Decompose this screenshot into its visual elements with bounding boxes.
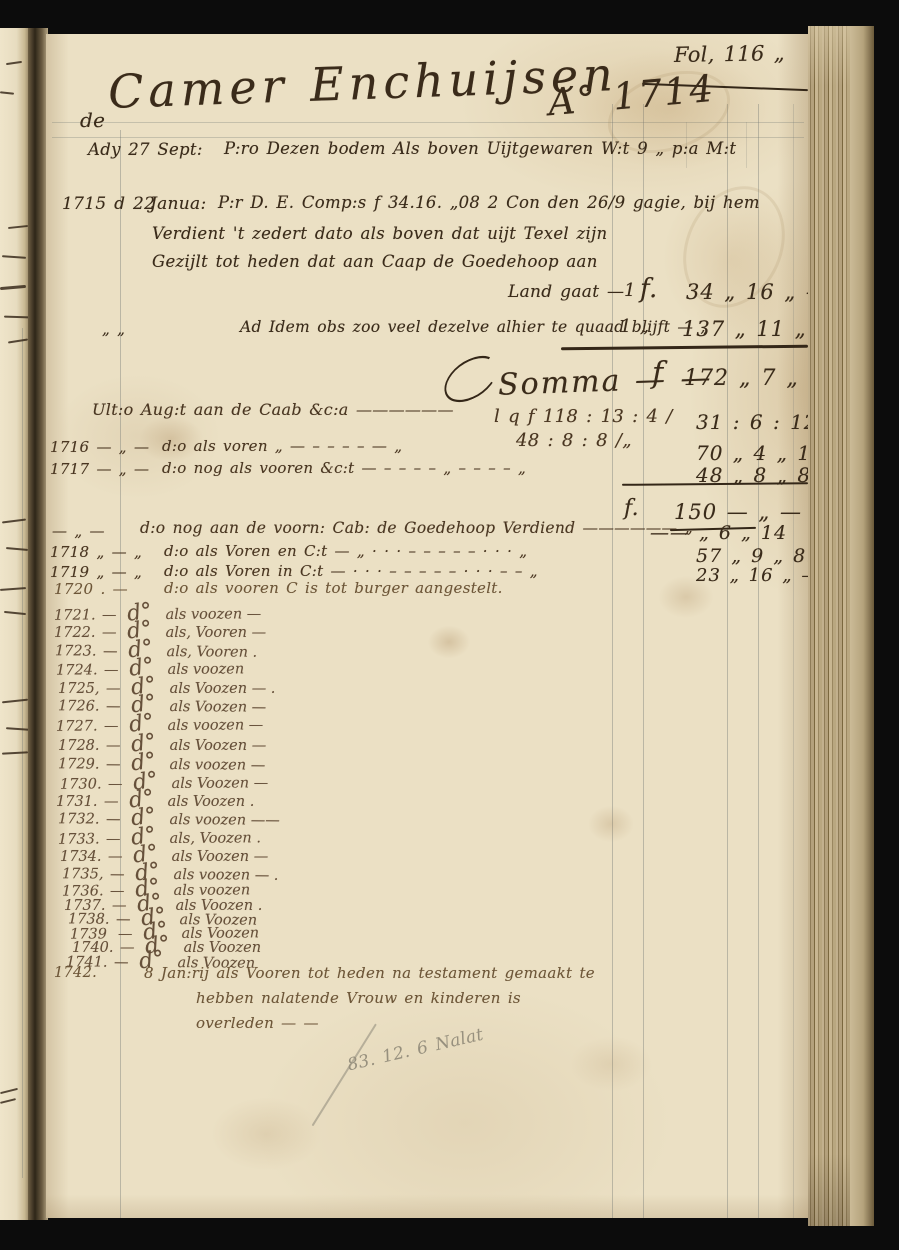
handwriting-fragment	[0, 1088, 18, 1094]
handwriting-fragment	[2, 255, 26, 259]
handwriting-fragment	[0, 91, 14, 94]
book-fore-edge-outer	[850, 26, 874, 1226]
column-rule	[793, 104, 794, 1218]
goedehoop-amount: —— „ 6 „ 14	[650, 522, 787, 544]
caab-row-mid-amount: l q f 118 : 13 : 4 /	[494, 406, 673, 427]
subtotal-amount: 150 — „ —	[674, 500, 802, 524]
pencil-stroke	[312, 1023, 377, 1126]
column-rule	[612, 104, 613, 1218]
entry-1742-line2: hebben nalatende Vrouw en kinderen is	[196, 989, 521, 1007]
caab-row-year: 1716 — „ —	[50, 438, 149, 456]
handwriting-fragment	[0, 285, 26, 290]
page-title-prefix: de	[80, 108, 105, 132]
handwriting-fragment	[2, 699, 28, 704]
handwriting-fragment	[0, 1098, 16, 1104]
column-rule	[758, 104, 759, 1218]
entry-1715-month: Janua:	[150, 194, 207, 214]
handwriting-fragment	[8, 225, 28, 229]
folio-number: Fol, 116 „	[674, 41, 785, 67]
ledger-book-photo: Fol, 116 „ de Camer Enchuijsen A° 1714 A…	[0, 0, 899, 1250]
goedehoop-text: d:o nog aan de voorn: Cab: de Goedehoop …	[140, 519, 693, 537]
entry-1714-date: Ady 27 Sept:	[88, 140, 203, 159]
caab-row-amount: 31 : 6 : 12	[696, 410, 808, 434]
entry-1718-text: d:o als Voren en C:t — „ · · · – – – – –…	[164, 542, 527, 560]
stain	[206, 1094, 326, 1174]
caab-row-mid-amount: 48 : 8 : 8 /„	[516, 430, 632, 451]
entry-1714-text: P:ro Dezen bodem Als boven Uijtgewaren W…	[224, 139, 736, 158]
handwriting-fragment	[2, 751, 28, 754]
caab-row-amount: 70 „ 4 „ 12	[696, 441, 808, 465]
caab-row-text: Ult:o Aug:t aan de Caab &c:a ——————	[92, 400, 454, 419]
header-tick	[746, 122, 747, 168]
handwriting-fragment	[8, 338, 28, 343]
ditto-dash: —	[114, 955, 129, 971]
entry-1720-year: 1720 . —	[54, 580, 128, 598]
entry-1715-line4: Land gaat —	[508, 282, 624, 302]
entry-adidem-ditto: „ „	[102, 320, 125, 338]
goedehoop-lead: — „ —	[52, 522, 105, 540]
handwriting-fragment	[6, 727, 30, 731]
entry-1715-date: 1715 d 22	[62, 194, 155, 214]
handwriting-fragment	[6, 61, 22, 65]
entry-1719-amount: 23 „ 16 „ —	[696, 565, 808, 586]
entry-adidem-amount: 137 „ 11 „ —	[682, 317, 808, 341]
entry-1715-line3: Gezijlt tot heden dat aan Caap de Goedeh…	[152, 252, 598, 271]
page-title: Camer Enchuijsen	[107, 47, 618, 119]
somma-amount: 172 „ 7 „ —	[684, 366, 808, 391]
handwriting-fragment	[4, 316, 30, 319]
caab-row-text: d:o als voren „ — – – – – — „	[162, 437, 402, 455]
entry-1718-amount: 57 „ 9 „ 8.	[696, 545, 808, 567]
stain	[426, 624, 472, 660]
entry-1742-line1: 8 Jan:rij als Vooren tot heden na testam…	[144, 964, 595, 982]
subtotal-currency: f.	[624, 496, 639, 521]
entry-1742-line3: overleden — —	[196, 1014, 319, 1032]
handwriting-fragment	[6, 547, 28, 551]
entry-1715-currency: f.	[640, 274, 658, 304]
stain	[586, 804, 636, 844]
caab-row-text: d:o nog als vooren &c:t — – – – – „ – – …	[162, 459, 526, 477]
sum-rule	[561, 345, 808, 350]
entry-1715-amount: 34 „ 16 „ —	[686, 280, 808, 304]
entry-1715-qty: 1	[624, 280, 636, 301]
entry-1715-line2: Verdient 't zedert dato als boven dat ui…	[152, 224, 607, 243]
entry-1715-line1: P:r D. E. Comp:s f 34.16. „08 2 Con den …	[218, 193, 760, 212]
somma-currency: f	[652, 356, 663, 391]
header-rule	[52, 137, 804, 138]
ledger-page: Fol, 116 „ de Camer Enchuijsen A° 1714 A…	[46, 34, 808, 1218]
caab-row-year: 1717 — „ —	[50, 460, 149, 478]
entry-1742-year: 1742.	[54, 965, 97, 981]
somma-label: Somma — —	[497, 360, 713, 402]
entry-1719-text: d:o als Voren in C:t — · · · – – – – – ·…	[164, 562, 538, 580]
entry-adidem-qty: 1 „	[620, 316, 649, 337]
header-rule	[52, 122, 804, 123]
book-gutter-shadow	[28, 28, 48, 1220]
entry-1719-year: 1719 „ — „	[50, 563, 142, 581]
column-rule	[643, 104, 644, 1218]
pencil-note: 83. 12. 6 Nalat	[346, 1025, 486, 1076]
entry-1720-text: d:o als vooren C is tot burger aangestel…	[164, 579, 503, 597]
entry-1718-year: 1718 „ — „	[50, 543, 142, 561]
column-rule	[727, 104, 728, 1218]
previous-page-edge	[0, 28, 30, 1220]
